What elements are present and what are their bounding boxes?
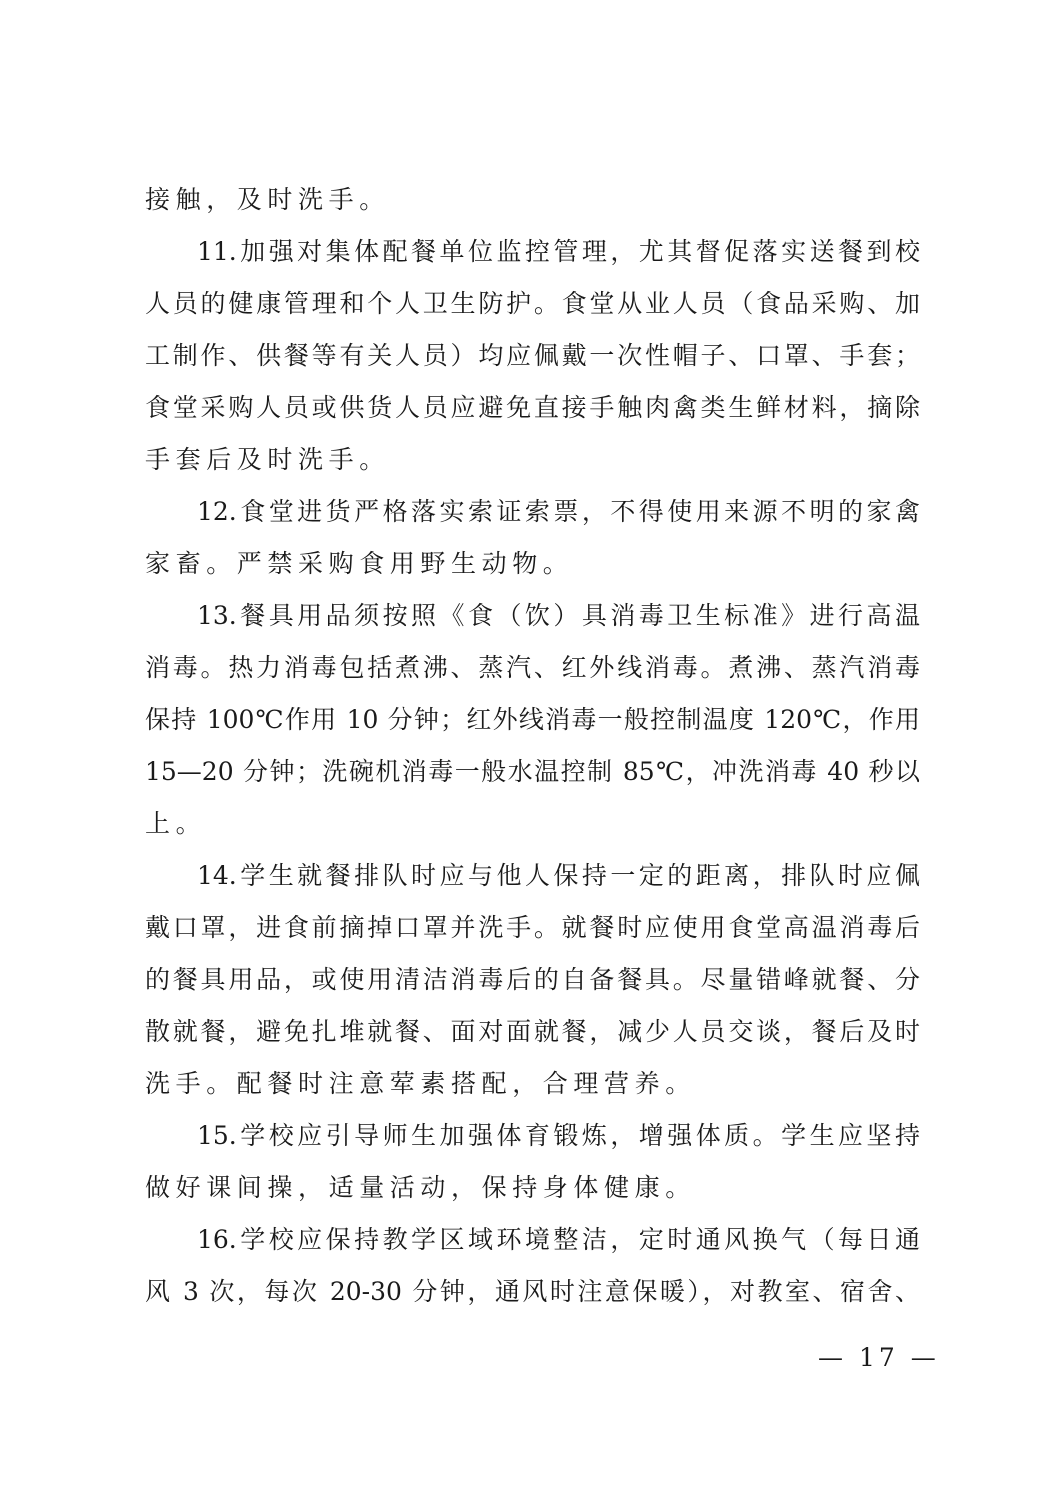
paragraph-14-line-1: 14.学生就餐排队时应与他人保持一定的距离，排队时应佩 bbox=[145, 854, 920, 906]
paragraph-13-line-1: 13.餐具用品须按照《食（饮）具消毒卫生标准》进行高温 bbox=[145, 594, 920, 646]
paragraph-11-line-3: 工制作、供餐等有关人员）均应佩戴一次性帽子、口罩、手套； bbox=[145, 334, 920, 386]
paragraph-16-line-1: 16.学校应保持教学区域环境整洁，定时通风换气（每日通 bbox=[145, 1218, 920, 1270]
paragraph-11-line-1: 11.加强对集体配餐单位监控管理，尤其督促落实送餐到校 bbox=[145, 230, 920, 282]
paragraph-14-line-2: 戴口罩，进食前摘掉口罩并洗手。就餐时应使用食堂高温消毒后 bbox=[145, 906, 920, 958]
paragraph-11-line-2: 人员的健康管理和个人卫生防护。食堂从业人员（食品采购、加 bbox=[145, 282, 920, 334]
paragraph-14-line-3: 的餐具用品，或使用清洁消毒后的自备餐具。尽量错峰就餐、分 bbox=[145, 958, 920, 1010]
paragraph-13-line-3: 保持 100℃作用 10 分钟；红外线消毒一般控制温度 120℃，作用 bbox=[145, 698, 920, 750]
paragraph-14-line-5: 洗手。配餐时注意荤素搭配，合理营养。 bbox=[145, 1062, 920, 1114]
page-number: — 17 — bbox=[818, 1338, 940, 1378]
paragraph-16-line-2: 风 3 次，每次 20-30 分钟，通风时注意保暖），对教室、宿舍、 bbox=[145, 1270, 920, 1322]
paragraph-15-line-1: 15.学校应引导师生加强体育锻炼，增强体质。学生应坚持 bbox=[145, 1114, 920, 1166]
paragraph-10-continuation-line-1: 接触，及时洗手。 bbox=[145, 178, 920, 230]
paragraph-14-line-4: 散就餐，避免扎堆就餐、面对面就餐，减少人员交谈，餐后及时 bbox=[145, 1010, 920, 1062]
document-page-body: 接触，及时洗手。 11.加强对集体配餐单位监控管理，尤其督促落实送餐到校 人员的… bbox=[145, 178, 920, 1322]
paragraph-13-line-2: 消毒。热力消毒包括煮沸、蒸汽、红外线消毒。煮沸、蒸汽消毒 bbox=[145, 646, 920, 698]
paragraph-13-line-5: 上。 bbox=[145, 802, 920, 854]
paragraph-11-line-5: 手套后及时洗手。 bbox=[145, 438, 920, 490]
paragraph-12-line-1: 12.食堂进货严格落实索证索票，不得使用来源不明的家禽 bbox=[145, 490, 920, 542]
paragraph-13-line-4: 15—20 分钟；洗碗机消毒一般水温控制 85℃，冲洗消毒 40 秒以 bbox=[145, 750, 920, 802]
paragraph-11-line-4: 食堂采购人员或供货人员应避免直接手触肉禽类生鲜材料，摘除 bbox=[145, 386, 920, 438]
paragraph-12-line-2: 家畜。严禁采购食用野生动物。 bbox=[145, 542, 920, 594]
paragraph-15-line-2: 做好课间操，适量活动，保持身体健康。 bbox=[145, 1166, 920, 1218]
